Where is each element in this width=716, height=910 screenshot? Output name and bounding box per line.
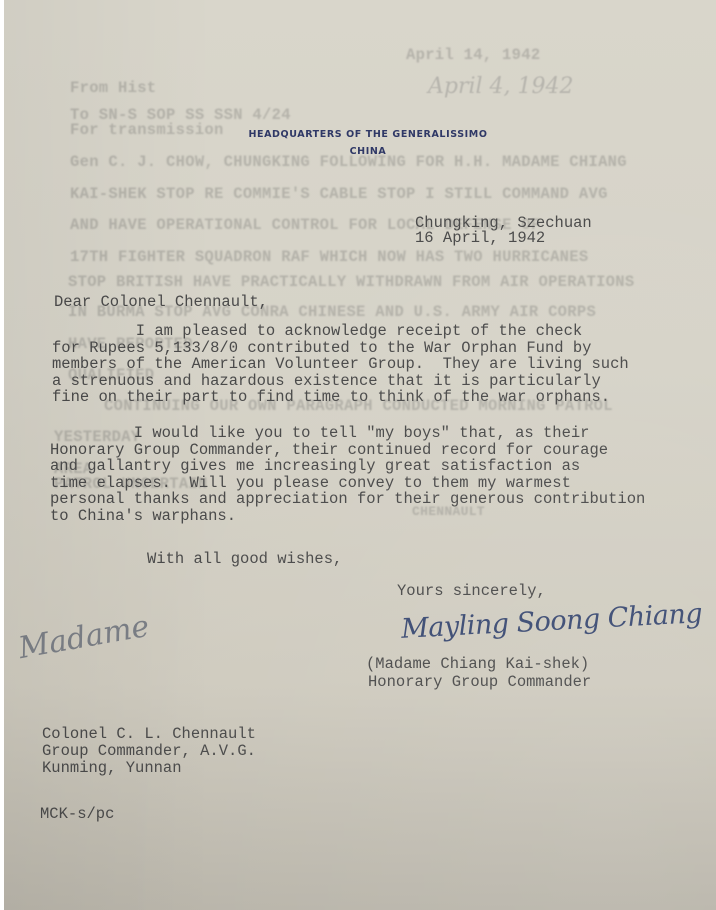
complimentary-close: Yours sincerely, (397, 583, 546, 599)
paragraph-line: for Rupees 5,133/8/0 contributed to the … (52, 340, 629, 357)
letterhead-country: CHINA (4, 146, 716, 157)
paragraph-line: fine on their part to find time to think… (52, 389, 629, 406)
paragraph-line: Honorary Group Commander, their continue… (50, 442, 645, 459)
bleed-through-handwritten-date: April 4, 1942 (428, 74, 574, 99)
paragraph-line: I would like you to tell "my boys" that,… (50, 425, 645, 442)
paragraph-line: time elapses. Will you please convey to … (50, 475, 645, 492)
paragraph-line: and gallantry gives me increasingly grea… (50, 458, 645, 475)
paragraph-1: I am pleased to acknowledge receipt of t… (52, 323, 629, 406)
closing-wishes: With all good wishes, (147, 551, 342, 567)
paragraph-2: I would like you to tell "my boys" that,… (50, 425, 645, 524)
recipient-title: Group Commander, A.V.G. (42, 743, 256, 759)
paragraph-line: to China's warphans. (50, 508, 645, 525)
reference-initials: MCK-s/pc (40, 806, 114, 822)
recipient-name: Colonel C. L. Chennault (42, 726, 256, 742)
salutation: Dear Colonel Chennault, (54, 294, 268, 310)
letter-page: April 14, 1942 April 4, 1942 From Hist T… (4, 0, 716, 910)
typed-name: (Madame Chiang Kai-shek) (366, 656, 589, 672)
paragraph-line: a strenuous and hazardous existence that… (52, 373, 629, 390)
paragraph-line: personal thanks and appreciation for the… (50, 491, 645, 508)
paragraph-line: I am pleased to acknowledge receipt of t… (52, 323, 629, 340)
bleed-through-date: April 14, 1942 (406, 46, 540, 64)
handwritten-signature: Mayling Soong Chiang (400, 598, 702, 645)
paragraph-line: members of the American Volunteer Group.… (52, 356, 629, 373)
bleed-through-line: KAI-SHEK STOP RE COMMIE'S CABLE STOP I S… (70, 185, 608, 203)
signature-title: Honorary Group Commander (368, 674, 591, 690)
recipient-location: Kunming, Yunnan (42, 760, 182, 776)
margin-note-madame: Madame (16, 609, 152, 666)
bleed-through-line: STOP BRITISH HAVE PRACTICALLY WITHDRAWN … (68, 273, 635, 291)
bleed-through-line: 17TH FIGHTER SQUADRON RAF WHICH NOW HAS … (70, 248, 588, 266)
bleed-through-line: From Hist (70, 79, 156, 97)
letter-date: 16 April, 1942 (415, 230, 545, 246)
letterhead-title: HEADQUARTERS OF THE GENERALISSIMO (4, 129, 716, 140)
